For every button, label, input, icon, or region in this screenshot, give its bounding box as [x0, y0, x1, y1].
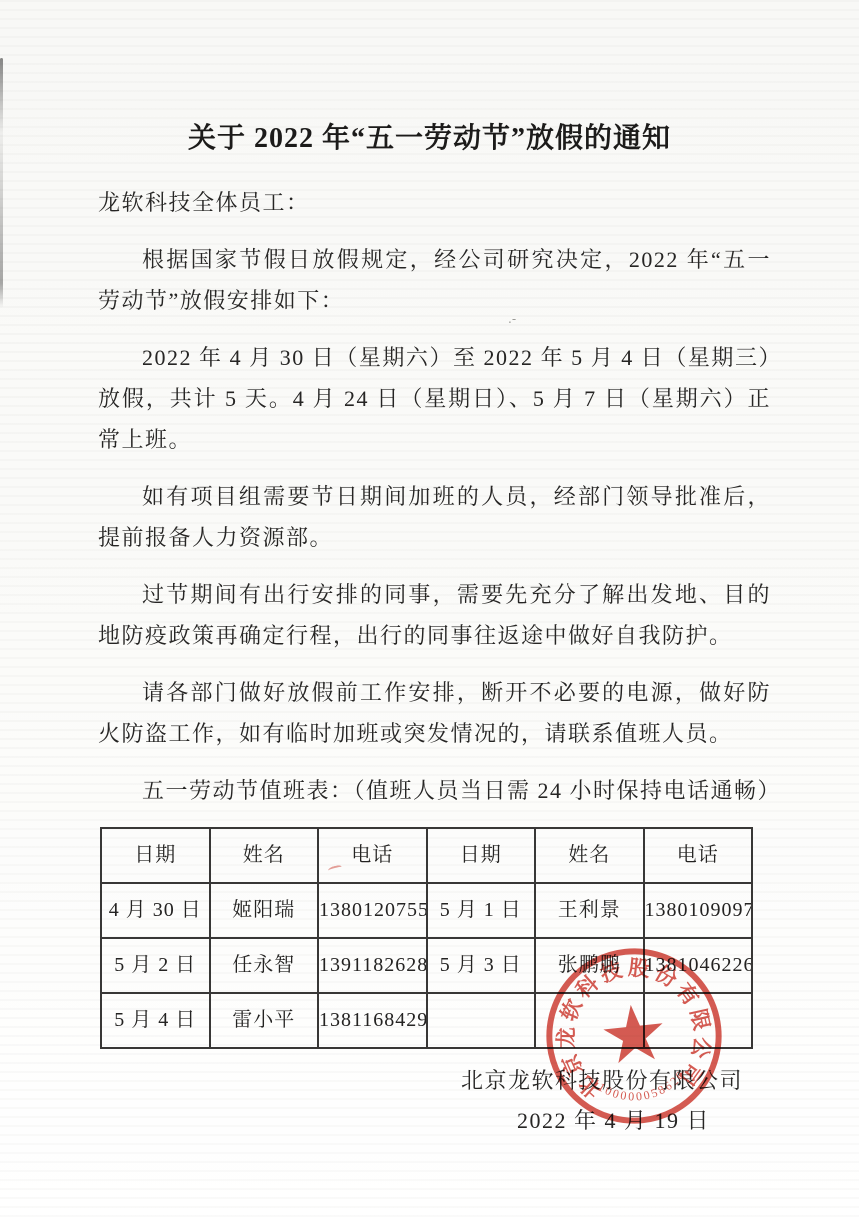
- table-cell: 王利景: [535, 883, 644, 938]
- signature-date: 2022 年 4 月 19 日: [0, 1101, 771, 1141]
- table-cell: 5 月 1 日: [427, 883, 536, 938]
- table-cell: 张鹏鹏: [535, 938, 644, 993]
- paragraph: 五一劳动节值班表：（值班人员当日需 24 小时保持电话通畅）: [98, 770, 771, 811]
- duty-table-header: 日期姓名电话日期姓名电话: [101, 828, 752, 883]
- table-cell: 4 月 30 日: [101, 883, 210, 938]
- table-cell: [427, 993, 536, 1048]
- table-cell: 13811684298: [318, 993, 427, 1048]
- salutation: 龙软科技全体员工：: [98, 182, 771, 223]
- signature-company: 北京龙软科技股份有限公司: [0, 1061, 771, 1101]
- paragraph: 如有项目组需要节日期间加班的人员，经部门领导批准后，提前报备人力资源部。: [98, 476, 771, 558]
- table-cell: [535, 993, 644, 1048]
- scan-speck-artifact: .-: [508, 312, 520, 322]
- table-header-cell: 电话: [318, 828, 427, 883]
- table-header-cell: 姓名: [210, 828, 319, 883]
- table-cell: 姬阳瑞: [210, 883, 319, 938]
- paragraph: 请各部门做好放假前工作安排，断开不必要的电源，做好防火防盗工作，如有临时加班或突…: [98, 672, 771, 754]
- table-cell: 5 月 4 日: [101, 993, 210, 1048]
- signature-block: 北京龙软科技股份有限公司 2022 年 4 月 19 日: [0, 1061, 771, 1141]
- table-row: 4 月 30 日姬阳瑞138012075505 月 1 日王利景13801090…: [101, 883, 752, 938]
- table-header-row: 日期姓名电话日期姓名电话: [101, 828, 752, 883]
- table-header-cell: 日期: [101, 828, 210, 883]
- table-cell: 雷小平: [210, 993, 319, 1048]
- table-header-cell: 电话: [644, 828, 753, 883]
- table-header-cell: 姓名: [535, 828, 644, 883]
- duty-table-body: 4 月 30 日姬阳瑞138012075505 月 1 日王利景13801090…: [101, 883, 752, 1048]
- table-row: 5 月 2 日任永智139118262865 月 3 日张鹏鹏138104622…: [101, 938, 752, 993]
- notice-body: 龙软科技全体员工： 根据国家节假日放假规定，经公司研究决定，2022 年“五一劳…: [98, 182, 771, 1049]
- paragraph: 过节期间有出行安排的同事，需要先充分了解出发地、目的地防疫政策再确定行程，出行的…: [98, 574, 771, 656]
- table-cell: 13810462263: [644, 938, 753, 993]
- scanned-notice-page: 关于 2022 年“五一劳动节”放假的通知 龙软科技全体员工： 根据国家节假日放…: [0, 0, 859, 1223]
- paragraph: 2022 年 4 月 30 日（星期六）至 2022 年 5 月 4 日（星期三…: [98, 337, 771, 460]
- paragraphs: 根据国家节假日放假规定，经公司研究决定，2022 年“五一劳动节”放假安排如下：…: [98, 239, 771, 811]
- table-cell: 13801090975: [644, 883, 753, 938]
- table-cell: 5 月 3 日: [427, 938, 536, 993]
- table-cell: 13801207550: [318, 883, 427, 938]
- duty-schedule-table: 日期姓名电话日期姓名电话 4 月 30 日姬阳瑞138012075505 月 1…: [100, 827, 753, 1049]
- table-cell: 任永智: [210, 938, 319, 993]
- table-cell: 5 月 2 日: [101, 938, 210, 993]
- paragraph: 根据国家节假日放假规定，经公司研究决定，2022 年“五一劳动节”放假安排如下：: [98, 239, 771, 321]
- table-header-cell: 日期: [427, 828, 536, 883]
- scan-edge-artifact: [0, 58, 3, 308]
- table-cell: 13911826286: [318, 938, 427, 993]
- table-row: 5 月 4 日雷小平13811684298: [101, 993, 752, 1048]
- page-title: 关于 2022 年“五一劳动节”放假的通知: [0, 0, 859, 156]
- table-cell: [644, 993, 753, 1048]
